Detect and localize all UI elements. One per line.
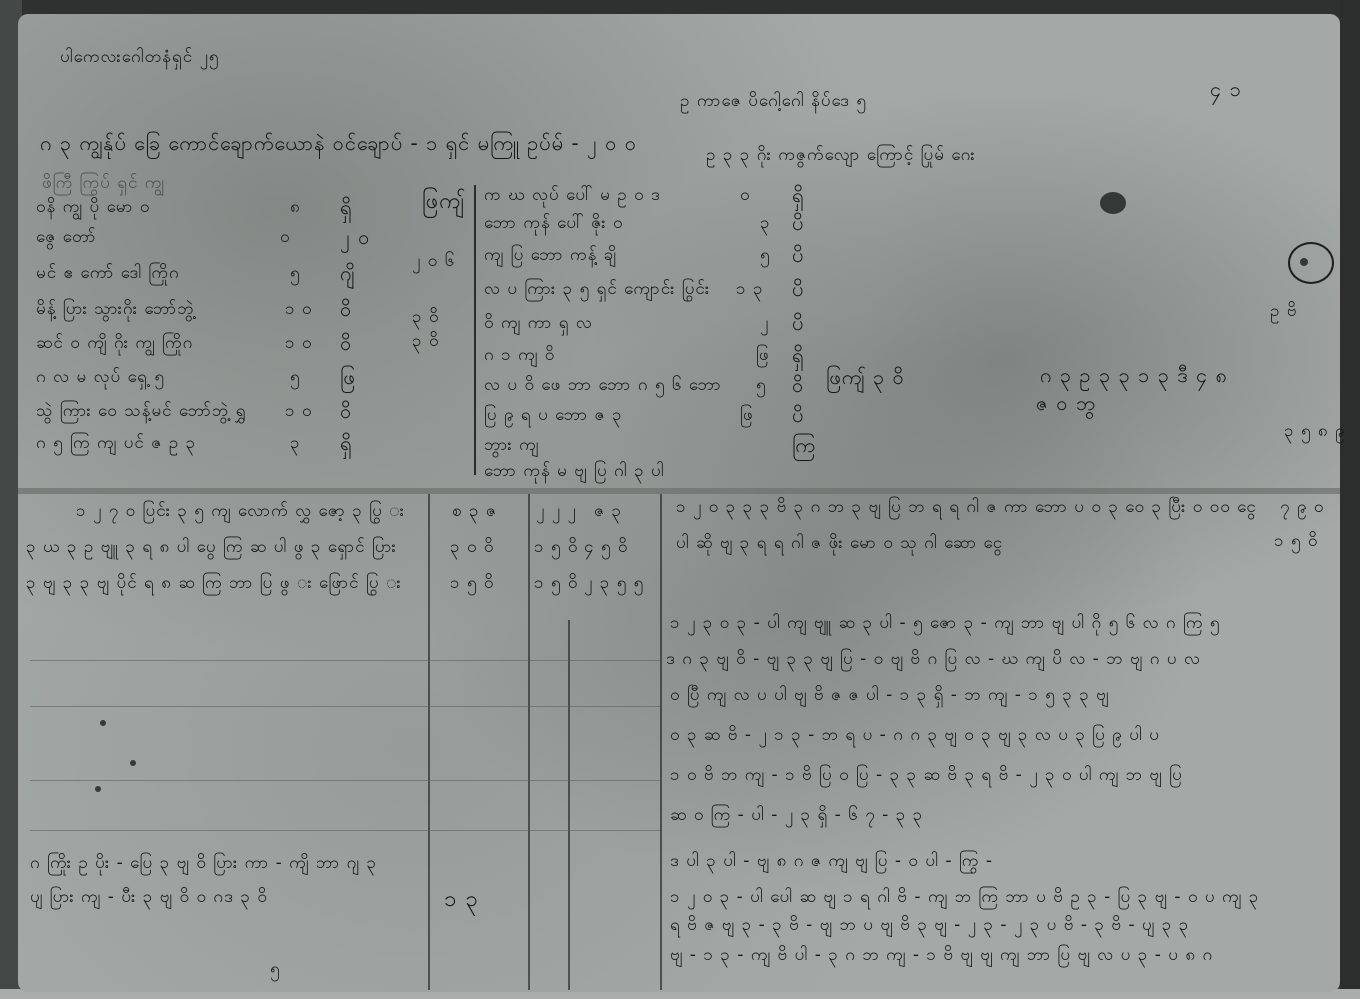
ledger-row-qty: ၁ ၀ [285, 298, 313, 323]
ledger-row-value: ဂျိ [340, 260, 356, 290]
intro-side-number: ၁ ၅ ဝိ [1274, 530, 1318, 555]
ledger-row-name: ဇွေ တော် [36, 226, 97, 251]
ledger-row-value: ရှိ [792, 182, 804, 212]
ledger-row-name: ဘော ကုန် ပေါ် ဇိုး ဝ [484, 212, 624, 237]
ledger-row-qty: ၅ [756, 374, 767, 399]
paragraph-line: ဝ ၃ ဆ ဗိ - ၂ ၁ ၃ - ဘ ရ ပ - ဂ ဂ ၃ ဗျ ဝ ၃ … [670, 724, 1160, 749]
ledger-row-qty: ၁ ၀ [285, 332, 313, 357]
table-cell-a: စ ၃ ဇ [452, 500, 497, 525]
ink-dot [95, 786, 101, 792]
ledger-row-qty: ဖြ [740, 404, 754, 429]
ledger-row-qty: ၈ [290, 196, 301, 221]
paragraph-intro-line: ၁ ၂ ဝ ၃ ၃ ၃ ဗိ ၃ ဂ ဘ ၃ ဗျ ပြ ဘ ရ ရ ဂါ ဇ … [676, 496, 1257, 521]
ledger-row-qty: ၀ [740, 184, 751, 209]
bottom-value: ၁ ၃ [444, 884, 479, 917]
ink-blot [1100, 192, 1126, 214]
ledger-row-value: ဖြ [340, 364, 356, 394]
ledger-row-qty: ၂ [760, 312, 769, 337]
ledger-row-value: ဝိ [340, 296, 352, 326]
ledger-row-value: ပိ [792, 210, 804, 240]
table-row-text: ၃ ဗျ ၃ ၃ ဗျ ပိုင် ရ ၈ ဆ ကြ ဘာ ပြ ဖွ း ဖြ… [26, 572, 402, 597]
ledger-row-name: ဆင် ဝ ကျိ ဂိုး ကျွ ကြိုဂ [36, 332, 193, 357]
ledger-row-qty: ၅ [760, 244, 771, 269]
table-row-text: ၃ ယ ၃ ဥ ဗျူ ၃ ရ ၈ ပါ ပွေ ကြ ဆ ပါ ဖွ ၃ ရှ… [26, 536, 397, 561]
ledger-row-qty: ၃ [290, 432, 301, 457]
ledger-row-value: ရှိ [792, 342, 804, 372]
ledger-row-name: ဂာ ဃ လုပ် ပေါ် မ ဥ ဝ ဒ [484, 184, 661, 209]
table-column-line [528, 494, 530, 990]
ink-dot [100, 720, 106, 726]
ledger-row-value: ရှိ [340, 430, 352, 460]
table-cell-b: ၂ ၂ ၂ [536, 500, 577, 525]
ledger-row-name: ဝနိ ကျွ ပို မော ၀ [36, 196, 150, 221]
note-line: ဥ ဗိ [1270, 300, 1298, 325]
ink-blot [1300, 258, 1308, 266]
ledger-row-value: ကြ [792, 432, 816, 462]
ledger-row-value: ၂ ၀ [340, 224, 370, 254]
table-cell-b: ၁ ၅ ဝိ [534, 572, 578, 597]
ink-dot [130, 760, 136, 766]
table-column-line [568, 620, 570, 990]
ledger-row-value: ဝိ [340, 398, 352, 428]
ledger-row-name: ပြ ၉ ရ ပ ဘော ဇ ၃ [484, 404, 623, 429]
ledger-row-qty: ဖြ [756, 344, 770, 369]
table-row-line [30, 780, 660, 781]
page-fold-line [18, 488, 1340, 494]
bottom-note-line: ပျ ပြား ကျ - ပီး ၃ ဗျ ဝိ ဝ ဂဒ ၃ ဝိ [30, 886, 268, 911]
ledger-row-name: မင် ဧ ကော် ဒေါ ကြိုဂ [36, 262, 180, 287]
ledger-row-extra: ၃ ဝိ [412, 330, 440, 355]
ledger-row-name: ဂ လ မ လုပ် ရှေ့ ၅ [36, 366, 165, 391]
right-header-title: ဥ ကာဇေ ပိဂေါ့ဂေါ နိပ်ဒေ ၅ [680, 90, 867, 115]
paragraph-line: ဗျ - ၁ ၃ - ကျ ဗိ ပါ - ၃ ဂ ဘ ကျ - ၁ ဗိ ဗျ… [670, 944, 1213, 969]
ledger-row-qty: ၀ [280, 226, 291, 251]
paragraph-line: ရ ဗိ ဇ ဗျ ၃ - ၃ ဗိ - ဗျ ဘ ပ ဗျ ဗိ ၃ ဗျ -… [670, 914, 1189, 939]
ledger-row-name: သွဲ ကြား ဝေ သန့်မင် ဘော်ဘွဲ့ ရွှ [36, 400, 246, 425]
paragraph-line: ဆ ဝ ကြ - ပါ - ၂ ၃ ရှိ - ၆ ၇ - ၃ ၃ [670, 804, 923, 829]
ledger-row-value: ပိ [792, 310, 804, 340]
photo-border-right [1340, 0, 1360, 999]
paragraph-line: ဒ ပါ ၃ ပါ - ဗျ ၈ ဂ ဇ ကျ ဗျ ပြ - ဝ ပါ - က… [670, 850, 993, 875]
table-row-line [30, 706, 660, 707]
paragraph-line: ၁ ဝ ဗိ ဘ ကျ - ၁ ဗိ ပြ ဝ ပြ - ၃ ၃ ဆ ဗိ ၃ … [670, 764, 1183, 789]
paragraph-line: ၁ ၂ ဝ ၃ - ပါ ပေါ ဆ ဗျ ၁ ရ ဂါ ဗိ - ကျ ဘ က… [670, 886, 1259, 911]
note-line: ဇ ဝ ဘွ [1036, 390, 1096, 420]
table-cell-a: ၁ ၅ ဝိ [450, 572, 494, 597]
ledger-row-name: ဘွား ကျ [484, 434, 539, 459]
bottom-note-line: ဂ ကြိုး ဥ ပိုး - ပြေ ၃ ဗျ ဝိ ပြား ကာ - က… [30, 852, 377, 877]
ledger-row-name: ဂ ၁ ကျ ဝိ [484, 344, 555, 369]
ledger-row-name: ဂ ၅ ကြ ကျ ပင် ဇ ဥ ၃ [36, 432, 196, 457]
ledger-row-name: ဘော ကုန် မ ဗျ ပြ ဂါ ၃ ပါ [484, 460, 665, 485]
table-row-line [30, 830, 660, 831]
note-line: ၃ ၅ ၈ ၉ [1284, 420, 1346, 445]
ledger-row-name: လ ပ ဝိ ဖေ ဘာ ဘော ဂ ၅ ၆ ဘော [484, 374, 722, 399]
ledger-row-name: လ ပ ကြား ၃ ၅ ရှင် ကျောင်း ပြွင်း [484, 278, 710, 303]
right-margin-number: ၄ ၁ [1210, 76, 1242, 106]
ledger-row-extra: ၃ ဝိ [412, 306, 440, 331]
paragraph-line: ဒ ဂ ၃ ဗျ ဝိ - ဗျ ၃ ၃ ဗျ ပြ - ဝ ဗျ ဗိ ဂ ပ… [666, 648, 1201, 673]
table-cell-c: ၄ ၅ ဝိ [584, 536, 628, 561]
left-header-title: ပါကေလးဂေါတနံရှင် ၂၅ [60, 46, 220, 71]
ledger-row-value: ပိ [792, 276, 804, 306]
ledger-row-value: ပိ [792, 242, 804, 272]
right-header-line2: ဥ ၃ ၃ ဂိုး ကဇွက်လျော ကြောင့် ပြုမ် ဂေး [706, 144, 976, 169]
ledger-row-value: ဝိ [340, 330, 352, 360]
ledger-row-value: ပိ [792, 402, 804, 432]
table-row-text: ၁ ၂ ၇ ဝ ပြင်း ၃ ၅ ကျ လောက် လွှ ဇော့ ၃ ပြ… [76, 500, 405, 525]
circled-mark [1288, 242, 1334, 284]
note-line: ဖြကျ် ၃ ဝိ [826, 364, 905, 394]
table-column-line [428, 494, 430, 990]
table-cell-b: ၁ ၅ ဝိ [534, 536, 578, 561]
paragraph-line: ၁ ၂ ၃ ဝ ၃ - ပါ ကျ ဗျူ ဆ ၃ ပါ - ၅ ဇော ၃ -… [670, 612, 1221, 637]
ledger-row-qty: ၁ ၀ [285, 400, 313, 425]
ledger-row-qty: ၁ ၃ [736, 278, 764, 303]
ledger-row-value: ဝိ [792, 372, 804, 402]
ledger-row-extra: ၂ ဝ ၆ [412, 250, 455, 275]
ledger-subheading: ဖိကြီ ကြွပ် ရှင် ကျွ [42, 172, 165, 197]
ledger-divider [474, 185, 476, 475]
note-line: ဂ ၃ ဥ ၃ ၃ ၁ ၃ ဒီ ၄ ၈ [1040, 362, 1228, 392]
table-cell-c: ၂ ၃ ၅ ၅ [584, 572, 644, 597]
ledger-row-name: ဝိ ကျ ကာ ရှ လ [484, 312, 593, 337]
paragraph-intro-line: ပါ ဆို ဗျ ၃ ရ ရ ဂါ ဇ ဖိုး မော ဝ သု ဂါ ဆေ… [676, 532, 1003, 557]
table-column-line [660, 494, 662, 990]
page-mark: ၅ [270, 958, 281, 983]
paragraph-line: ဝ ပြီ ကျ လ ပ ပါ ဗျ ဗိ ဇ ဇ ပါ - ၁ ၃ ရှိ -… [670, 684, 1110, 709]
main-heading: ဂ ၃ ကျွန်ုပ် ခြေ ကောင်ချောက်ယောနဲ ဝင်ချေ… [40, 130, 637, 160]
ledger-row-qty: ၃ [760, 212, 771, 237]
table-row-line [30, 660, 660, 661]
ledger-marker: ဖြကျ် [422, 186, 465, 219]
ledger-row-value: ရှိ [340, 194, 352, 224]
table-cell-a: ၃ ဝ ဝိ [450, 536, 494, 561]
ledger-row-name: မိန့် ပြား သွားဂိုး ဘော်ဘွဲ့ [36, 298, 195, 323]
ledger-row-name: ကျ ပြ ဘော ကန့် ချိ [484, 244, 617, 269]
ledger-row-qty: ၅ [290, 366, 301, 391]
intro-side-number: ၇ ၉ ၀ [1280, 496, 1325, 521]
table-cell-c: ဇ ၃ [594, 500, 622, 525]
ledger-row-qty: ၅ [290, 262, 301, 287]
